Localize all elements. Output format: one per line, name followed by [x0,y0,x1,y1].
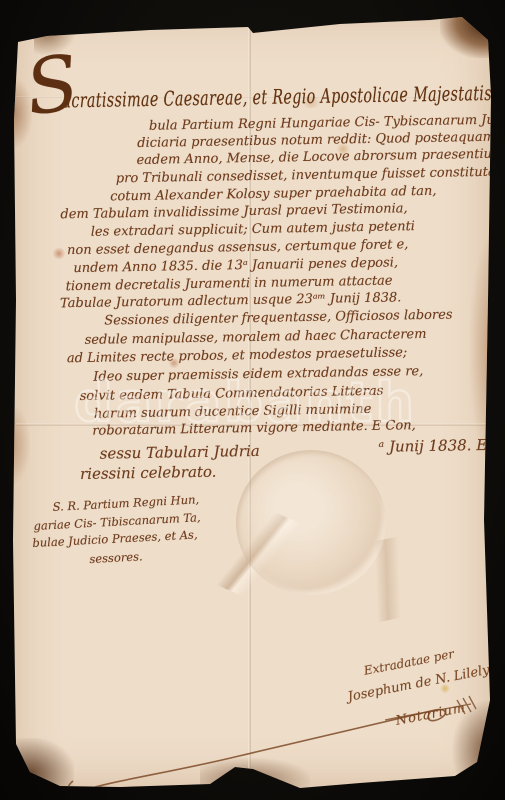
manuscript-line: pro Tribunali consedisset, inventumque f… [116,166,496,186]
date-line-right: ᵃ Junij 1838. Epe, [378,435,505,455]
closing-line: riessini celebrato. [80,463,217,483]
manuscript-line: ad Limites recte probos, et modestos pra… [67,346,407,365]
issuer-line: sessores. [89,549,143,566]
watermark: darabanth [74,376,417,434]
manuscript-line: les extradari supplicuit; Cum autem just… [91,220,415,239]
manuscript-line: dem Tabulam invalidissime Jurasl praevi … [60,202,407,221]
decorative-initial: S [21,44,83,127]
manuscript-line: undem Anno 1835. die 13ᵃ Januarii penes … [73,256,398,275]
date-line-left: sessu Tabulari Judria [100,442,260,463]
heading-line: acratissimae Caesareae, et Regio Apostol… [62,81,505,112]
manuscript-line: Tabulae Juratorum adlectum usque 23ᵃᵐ Ju… [60,291,402,310]
manuscript-line: eadem Anno, Mense, die Locove abrorsum p… [136,148,504,167]
manuscript-line: non esset denegandus assensus, certumque… [67,238,409,257]
photo-of-document: S acratissimae Caesareae, et Regio Apost… [0,0,505,800]
signature-flourish [55,648,490,793]
manuscript-line: sedule manipulasse, moralem ad haec Char… [85,328,427,347]
manuscript-line: Sessiones diligenter frequentasse, Offic… [104,308,452,327]
